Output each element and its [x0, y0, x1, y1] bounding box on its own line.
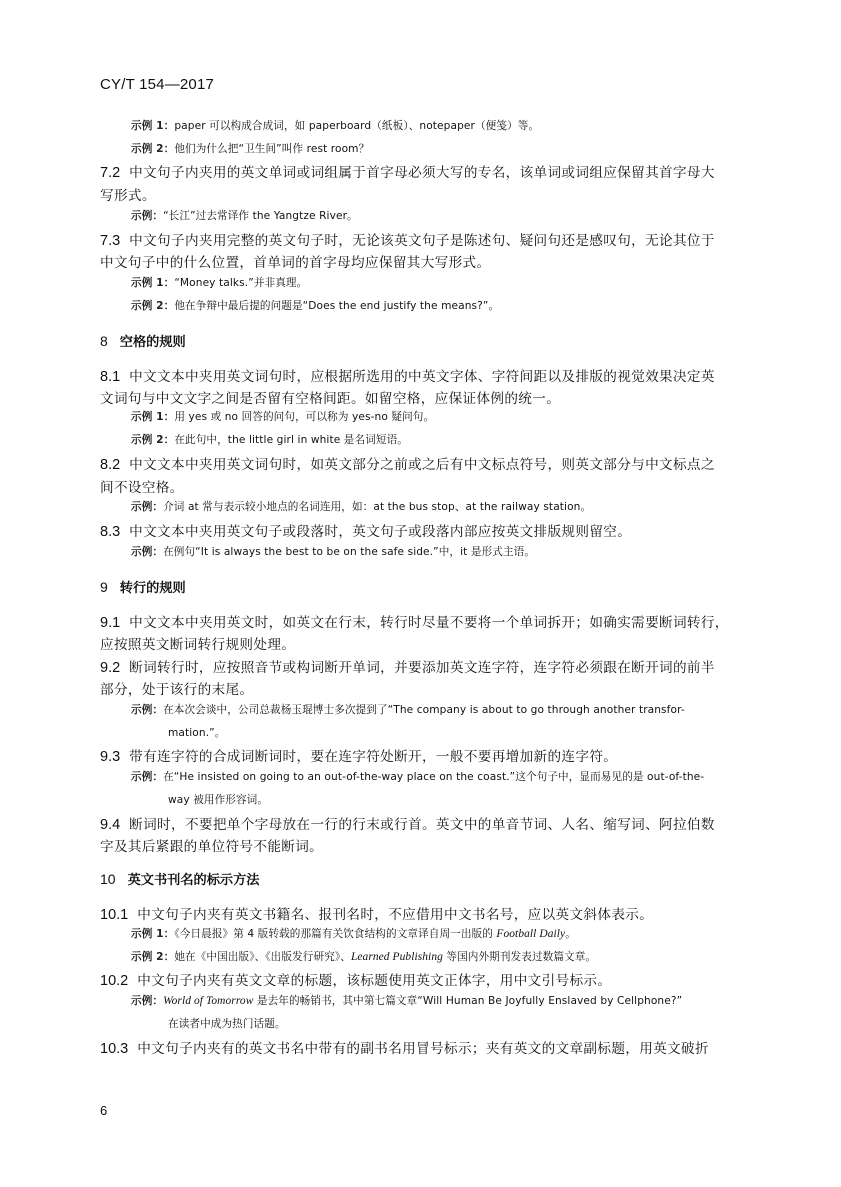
- example-7-1-1: 示例 1：paper 可以构成合成词，如 paperboard（纸板）、note…: [131, 118, 539, 133]
- section-heading-8: 8空格的规则: [100, 331, 186, 350]
- section-number: 10: [100, 871, 116, 887]
- example-7-3-1: 示例 1：“Money talks.”并非真理。: [131, 275, 307, 290]
- example-text: 在“He insisted on going to an out-of-the-…: [163, 771, 704, 783]
- clause-9-1-line1: 9.1中文文本中夹用英文时，如英文在行末，转行时尽量不要将一个单词拆开；如确实需…: [100, 611, 729, 631]
- clause-7-2-line2: 写形式。: [100, 184, 156, 204]
- example-10-1-2: 示例 2：她在《中国出版》、《出版发行研究》、Learned Publishin…: [131, 949, 596, 964]
- clause-number: 10.2: [100, 973, 128, 989]
- clause-number: 7.3: [100, 233, 120, 249]
- example-label: 示例：: [131, 995, 163, 1007]
- example-label: 示例：: [131, 771, 163, 783]
- example-label: 示例 2：: [131, 300, 174, 312]
- clause-text: 中文文本中夹用英文时，如英文在行末，转行时尽量不要将一个单词拆开；如确实需要断词…: [129, 615, 729, 631]
- clause-number: 8.2: [100, 457, 120, 473]
- example-text: 在本次会谈中，公司总裁杨玉琨博士多次提到了“The company is abo…: [163, 704, 685, 716]
- clause-10-1-line1: 10.1中文句子内夹有英文书籍名、报刊名时，不应借用中文书名号，应以英文斜体表示…: [100, 903, 653, 923]
- example-text: paper 可以构成合成词，如 paperboard（纸板）、notepaper…: [174, 120, 539, 132]
- clause-text: 断词时，不要把单个字母放在一行的行末或行首。英文中的单音节词、人名、缩写词、阿拉…: [129, 817, 715, 833]
- clause-8-3-line1: 8.3中文文本中夹用英文句子或段落时，英文句子或段落内部应按英文排版规则留空。: [100, 520, 631, 540]
- document-page: CY/T 154—2017 示例 1：paper 可以构成合成词，如 paper…: [0, 0, 841, 1187]
- example-label: 示例：: [131, 501, 163, 513]
- example-7-1-2: 示例 2：他们为什么把“卫生间”叫作 rest room？: [131, 141, 369, 156]
- clause-8-2-line1: 8.2中文文本中夹用英文词句时，如英文部分之前或之后有中文标点符号，则英文部分与…: [100, 453, 715, 473]
- section-number: 8: [100, 333, 108, 349]
- example-label: 示例 2：: [131, 434, 174, 446]
- clause-text: 中文句子内夹有英文书籍名、报刊名时，不应借用中文书名号，应以英文斜体表示。: [137, 907, 653, 923]
- example-8-1-1: 示例 1：用 yes 或 no 回答的问句，可以称为 yes-no 疑问句。: [131, 409, 434, 424]
- clause-number: 9.3: [100, 749, 120, 765]
- clause-9-4-line1: 9.4断词时，不要把单个字母放在一行的行末或行首。英文中的单音节词、人名、缩写词…: [100, 813, 715, 833]
- example-label: 示例 1：: [131, 928, 174, 940]
- clause-7-3-line1: 7.3中文句子内夹用完整的英文句子时，无论该英文句子是陈述句、疑问句还是感叹句，…: [100, 229, 715, 249]
- clause-text: 中文句子内夹有的英文书名中带有的副书名用冒号标示；夹有英文的文章副标题，用英文破…: [137, 1041, 709, 1057]
- italic-title: Learned Publishing: [351, 951, 443, 963]
- example-label: 示例 2：: [131, 143, 174, 155]
- example-10-2-line2: 在读者中成为热门话题。: [168, 1016, 286, 1031]
- example-label: 示例 2：: [131, 951, 174, 963]
- example-7-2: 示例：“长江”过去常译作 the Yangtze River。: [131, 208, 358, 223]
- clause-8-1-line2: 文词句与中文文字之间是否留有空格间距。如留空格，应保证体例的统一。: [100, 387, 560, 407]
- clause-number: 9.2: [100, 660, 120, 676]
- example-text-end: 等国内外期刊发表过数篇文章。: [443, 951, 596, 963]
- clause-text: 带有连字符的合成词断词时，要在连字符处断开，一般不要再增加新的连字符。: [129, 749, 617, 765]
- clause-8-2-line2: 间不设空格。: [100, 476, 184, 496]
- example-text: 是去年的畅销书，其中第七篇文章“Will Human Be Joyfully E…: [253, 995, 682, 1007]
- example-9-3-line1: 示例：在“He insisted on going to an out-of-t…: [131, 769, 704, 784]
- example-8-3: 示例：在例句“It is always the best to be on th…: [131, 544, 535, 559]
- clause-text: 中文句子内夹有英文文章的标题，该标题使用英文正体字，用中文引号标示。: [137, 973, 611, 989]
- example-text: 《今日晨报》第 4 版转载的那篇有关饮食结构的文章译自周一出版的: [174, 928, 496, 940]
- example-text: 他们为什么把“卫生间”叫作 rest room？: [174, 143, 369, 155]
- example-text: 用 yes 或 no 回答的问句，可以称为 yes-no 疑问句。: [174, 411, 434, 423]
- example-label: 示例：: [131, 704, 163, 716]
- example-text-end: 。: [565, 928, 576, 940]
- clause-number: 10.3: [100, 1041, 128, 1057]
- clause-number: 9.4: [100, 817, 120, 833]
- example-text: 她在《中国出版》、《出版发行研究》、: [174, 951, 351, 963]
- clause-text: 中文句子内夹用的英文单词或词组属于首字母必须大写的专名，该单词或词组应保留其首字…: [129, 165, 715, 181]
- clause-text: 中文文本中夹用英文词句时，如英文部分之前或之后有中文标点符号，则英文部分与中文标…: [129, 457, 715, 473]
- example-text: “Money talks.”并非真理。: [174, 277, 307, 289]
- clause-number: 8.3: [100, 524, 120, 540]
- example-10-1-1: 示例 1：《今日晨报》第 4 版转载的那篇有关饮食结构的文章译自周一出版的 Fo…: [131, 926, 576, 941]
- clause-9-4-line2: 字及其后紧跟的单位符号不能断词。: [100, 835, 323, 855]
- example-9-2-line2: mation.”。: [168, 725, 225, 740]
- italic-title: Football Daily: [496, 928, 565, 940]
- example-text: “长江”过去常译作 the Yangtze River。: [163, 210, 358, 222]
- example-9-2-line1: 示例：在本次会谈中，公司总裁杨玉琨博士多次提到了“The company is …: [131, 702, 685, 717]
- example-text: 介词 at 常与表示较小地点的名词连用，如：at the bus stop、at…: [163, 501, 591, 513]
- clause-7-3-line2: 中文句子中的什么位置，首单词的首字母均应保留其大写形式。: [100, 251, 490, 271]
- clause-9-1-line2: 应按照英文断词转行规则处理。: [100, 633, 295, 653]
- section-title: 转行的规则: [120, 581, 186, 596]
- clause-8-1-line1: 8.1中文文本中夹用英文词句时，应根据所选用的中英文字体、字符间距以及排版的视觉…: [100, 365, 715, 385]
- example-text: 他在争辩中最后提的问题是“Does the end justify the me…: [174, 300, 499, 312]
- document-header: CY/T 154—2017: [100, 76, 214, 93]
- clause-number: 9.1: [100, 615, 120, 631]
- clause-7-2-line1: 7.2中文句子内夹用的英文单词或词组属于首字母必须大写的专名，该单词或词组应保留…: [100, 161, 715, 181]
- clause-9-2-line2: 部分，处于该行的末尾。: [100, 678, 253, 698]
- clause-number: 8.1: [100, 369, 120, 385]
- example-8-1-2: 示例 2：在此句中，the little girl in white 是名词短语…: [131, 432, 408, 447]
- clause-text: 中文文本中夹用英文词句时，应根据所选用的中英文字体、字符间距以及排版的视觉效果决…: [129, 369, 715, 385]
- italic-title: World of Tomorrow: [163, 995, 253, 1007]
- clause-text: 中文文本中夹用英文句子或段落时，英文句子或段落内部应按英文排版规则留空。: [129, 524, 631, 540]
- example-9-3-line2: way 被用作形容词。: [168, 792, 268, 807]
- section-number: 9: [100, 579, 108, 595]
- example-text: 在此句中，the little girl in white 是名词短语。: [174, 434, 408, 446]
- section-heading-10: 10英文书刊名的标示方法: [100, 869, 259, 888]
- section-title: 英文书刊名的标示方法: [128, 873, 260, 888]
- clause-9-2-line1: 9.2断词转行时，应按照音节或构词断开单词，并要添加英文连字符，连字符必须跟在断…: [100, 656, 715, 676]
- example-label: 示例 1：: [131, 277, 174, 289]
- section-heading-9: 9转行的规则: [100, 577, 186, 596]
- example-label: 示例：: [131, 210, 163, 222]
- clause-9-3-line1: 9.3带有连字符的合成词断词时，要在连字符处断开，一般不要再增加新的连字符。: [100, 745, 617, 765]
- example-label: 示例 1：: [131, 411, 174, 423]
- clause-text: 中文句子内夹用完整的英文句子时，无论该英文句子是陈述句、疑问句还是感叹句，无论其…: [129, 233, 715, 249]
- example-label: 示例 1：: [131, 120, 174, 132]
- example-7-3-2: 示例 2：他在争辩中最后提的问题是“Does the end justify t…: [131, 298, 499, 313]
- clause-text: 断词转行时，应按照音节或构词断开单词，并要添加英文连字符，连字符必须跟在断开词的…: [129, 660, 715, 676]
- clause-number: 7.2: [100, 165, 120, 181]
- clause-10-3-line1: 10.3中文句子内夹有的英文书名中带有的副书名用冒号标示；夹有英文的文章副标题，…: [100, 1037, 709, 1057]
- clause-10-2-line1: 10.2中文句子内夹有英文文章的标题，该标题使用英文正体字，用中文引号标示。: [100, 969, 611, 989]
- page-number: 6: [100, 1103, 107, 1118]
- clause-number: 10.1: [100, 907, 128, 923]
- example-label: 示例：: [131, 546, 163, 558]
- example-8-2: 示例：介词 at 常与表示较小地点的名词连用，如：at the bus stop…: [131, 499, 591, 514]
- example-text: 在例句“It is always the best to be on the s…: [163, 546, 535, 558]
- example-10-2-line1: 示例：World of Tomorrow 是去年的畅销书，其中第七篇文章“Wil…: [131, 993, 682, 1008]
- section-title: 空格的规则: [120, 335, 186, 350]
